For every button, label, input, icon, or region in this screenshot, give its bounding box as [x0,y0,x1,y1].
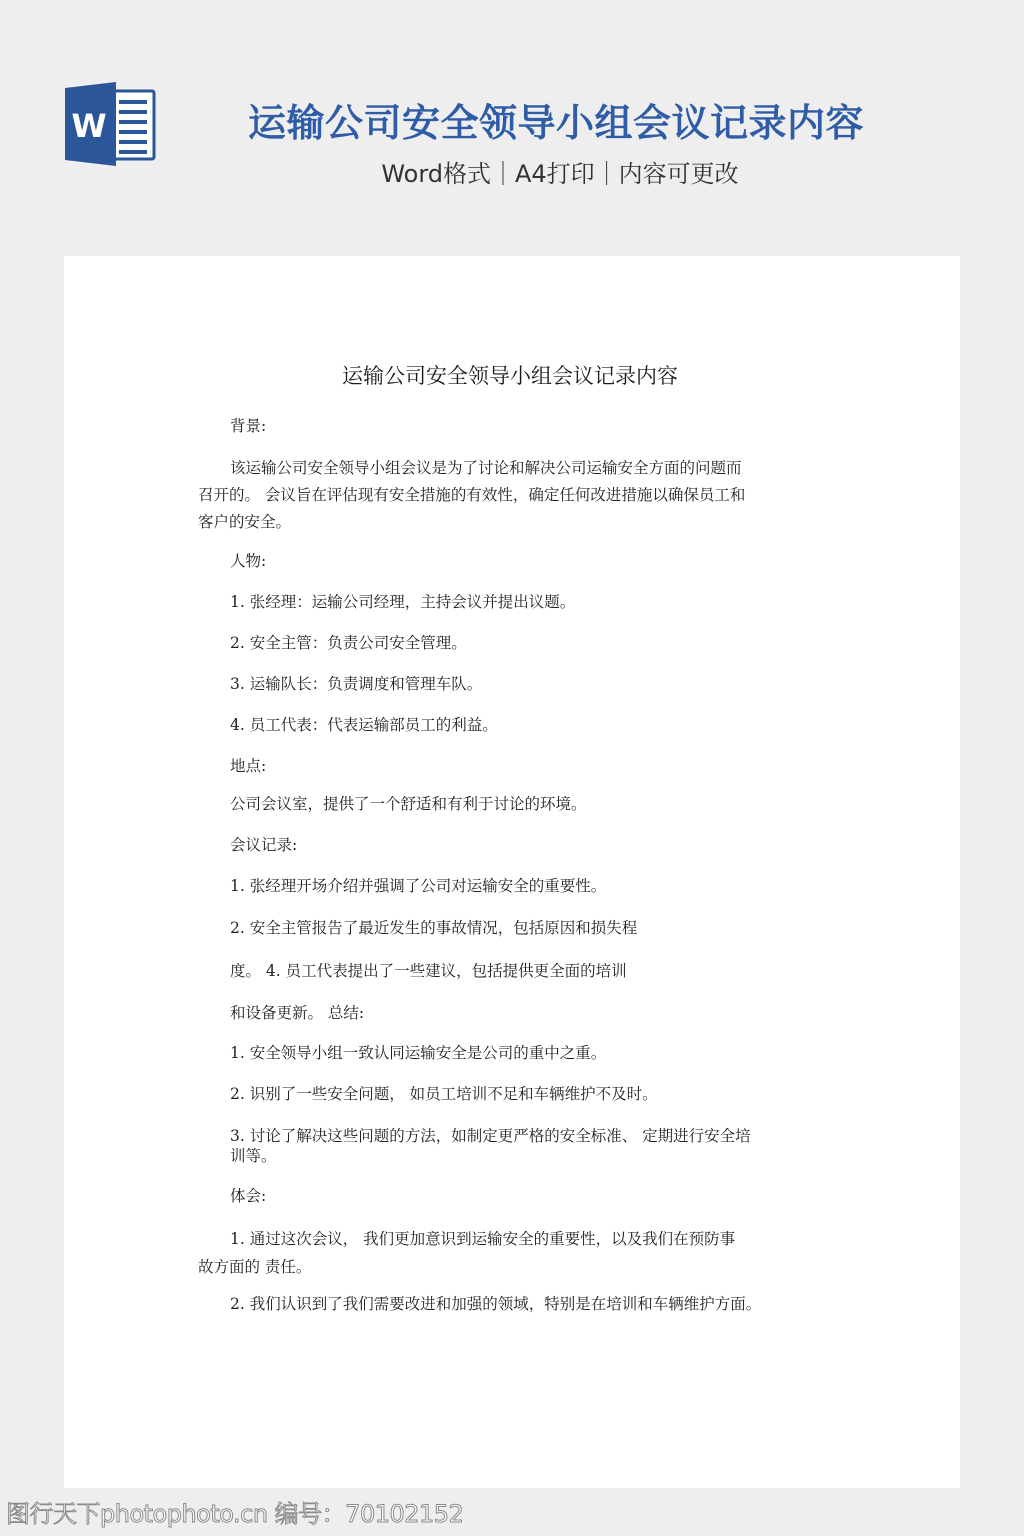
paragraph-line: 公司会议室，提供了一个舒适和有利于讨论的环境。 [230,794,587,814]
list-item: 2. 安全主管：负责公司安全管理。 [230,633,467,653]
list-item: 2. 安全主管报告了最近发生的事故情况，包括原因和损失程 [230,918,637,938]
paragraph-line: 客户的安全。 [198,512,291,532]
document-title: 运输公司安全领导小组会议记录内容 [188,360,832,390]
paragraph-line: 和设备更新。 总结: [230,1003,364,1023]
svg-text:W: W [71,107,106,145]
list-item: 2. 识别了一些安全问题， 如员工培训不足和车辆维护不及时。 [230,1084,658,1104]
section-heading-people: 人物: [230,551,266,571]
header-title: 运输公司安全领导小组会议记录内容 [170,92,942,147]
section-heading-background: 背景: [230,416,266,436]
list-item-continuation: 训等。 [230,1146,277,1166]
paragraph-line: 召开的。 会议旨在评估现有安全措施的有效性，确定任何改进措施以确保员工和 [198,485,745,505]
list-item: 4. 员工代表：代表运输部员工的利益。 [230,715,498,735]
header-banner: W 运输公司安全领导小组会议记录内容 Word格式｜A4打印｜内容可更改 [0,0,1024,256]
paragraph-line: 该运输公司安全领导小组会议是为了讨论和解决公司运输安全方面的问题而 [230,458,742,478]
list-item-continuation: 故方面的 责任。 [198,1257,311,1277]
list-item: 1. 张经理：运输公司经理，主持会议并提出议题。 [230,592,575,612]
document-page: 运输公司安全领导小组会议记录内容 背景: 该运输公司安全领导小组会议是为了讨论和… [64,256,960,1488]
section-heading-reflections: 体会: [230,1186,266,1206]
watermark-text: 图行天下photophoto.cn 编号：70102152 [6,1494,463,1529]
list-item: 1. 安全领导小组一致认同运输安全是公司的重中之重。 [230,1043,606,1063]
header-subtitle: Word格式｜A4打印｜内容可更改 [170,154,950,189]
section-heading-location: 地点: [230,756,266,776]
section-heading-minutes: 会议记录: [230,835,297,855]
list-item: 3. 讨论了解决这些问题的方法，如制定更严格的安全标准、 定期进行安全培 [230,1126,751,1146]
list-item: 2. 我们认识到了我们需要改进和加强的领域，特别是在培训和车辆维护方面。 [230,1294,761,1314]
list-item: 1. 通过这次会议， 我们更加意识到运输安全的重要性，以及我们在预防事 [230,1229,735,1249]
list-item: 3. 运输队长：负责调度和管理车队。 [230,674,482,694]
list-item: 度。 4. 员工代表提出了一些建议，包括提供更全面的培训 [230,961,627,981]
list-item: 1. 张经理开场介绍并强调了公司对运输安全的重要性。 [230,876,606,896]
word-document-icon: W [65,82,157,166]
